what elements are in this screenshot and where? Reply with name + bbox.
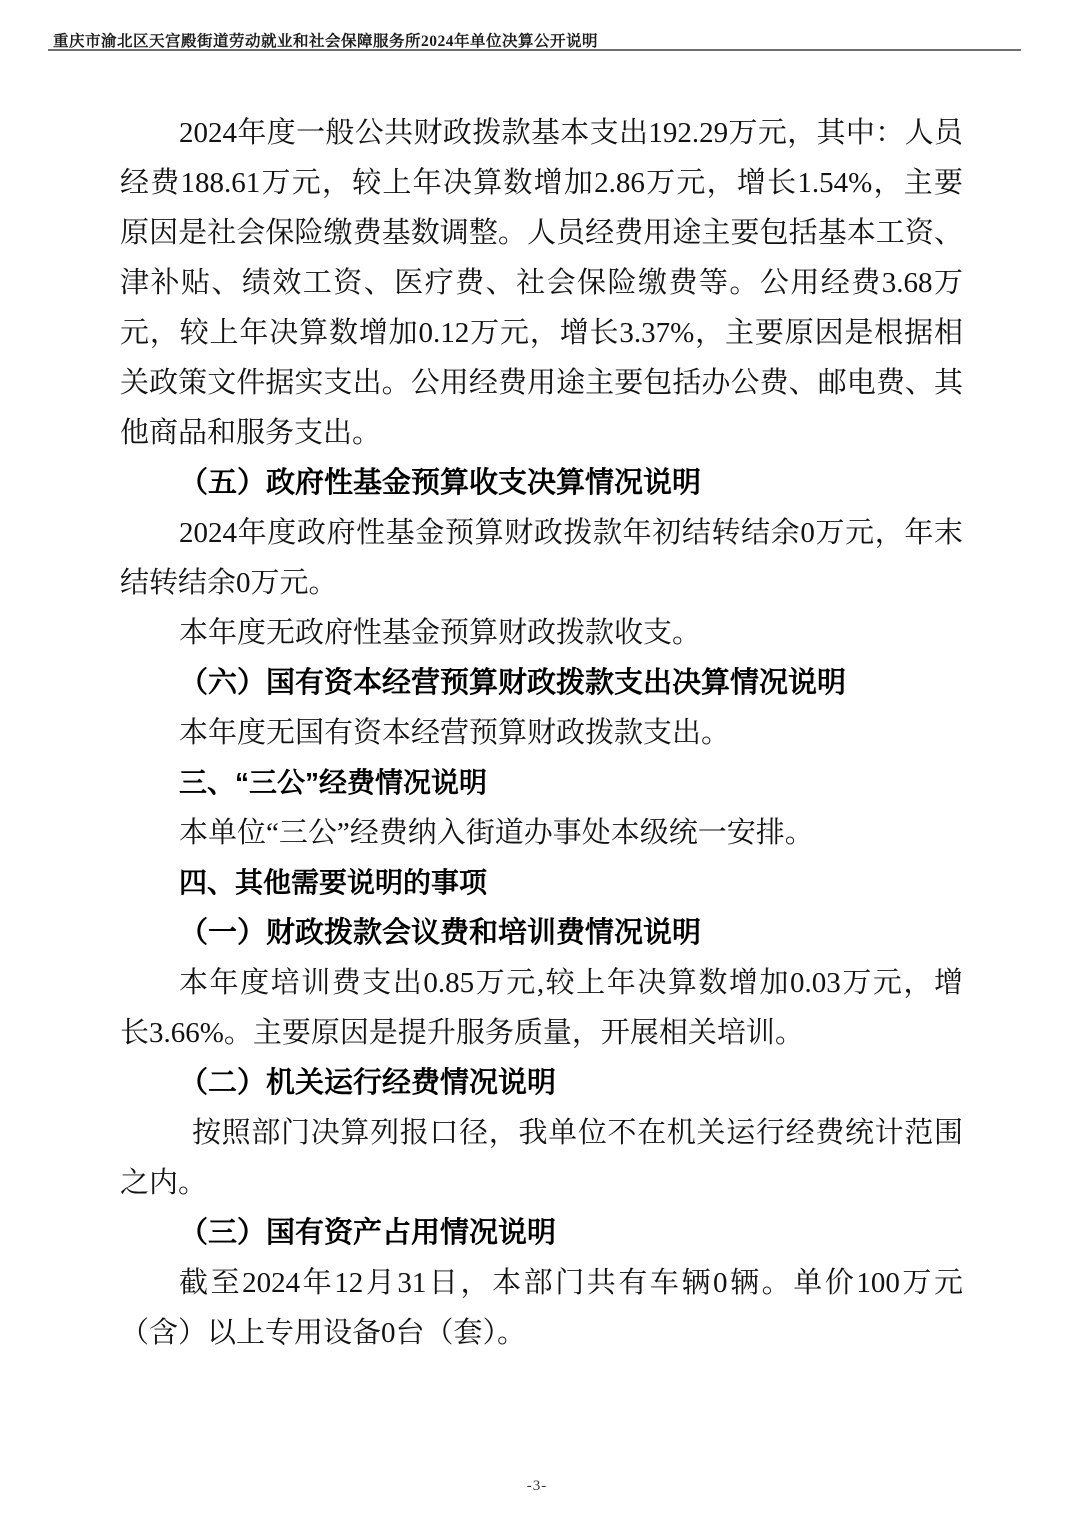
text-line: 长3.66%。主要原因是提升服务质量，开展相关培训。 [120, 1008, 963, 1058]
text-line: 2024年度政府性基金预算财政拨款年初结转结余0万元，年末 [120, 508, 963, 558]
page-number: -3- [0, 1478, 1074, 1495]
text-line: 结转结余0万元。 [120, 558, 963, 608]
text-line: 本单位“三公”经费纳入街道办事处本级统一安排。 [120, 808, 963, 858]
text-line: 本年度无国有资本经营预算财政拨款支出。 [120, 708, 963, 758]
heading-sub-3: （三）国有资产占用情况说明 [120, 1208, 963, 1258]
heading-sub-2: （二）机关运行经费情况说明 [120, 1058, 963, 1108]
page-header-title: 重庆市渝北区天宫殿街道劳动就业和社会保障服务所2024年单位决算公开说明 [53, 29, 598, 51]
heading-section-5: （五）政府性基金预算收支决算情况说明 [120, 458, 963, 508]
text-line: 之内。 [120, 1158, 963, 1208]
header-rule [48, 49, 1021, 51]
text-line: 元，较上年决算数增加0.12万元，增长3.37%，主要原因是根据相 [120, 308, 963, 358]
text-line: 经费188.61万元，较上年决算数增加2.86万元，增长1.54%，主要 [120, 158, 963, 208]
text-line: 关政策文件据实支出。公用经费用途主要包括办公费、邮电费、其 [120, 358, 963, 408]
heading-other-matters: 四、其他需要说明的事项 [120, 858, 963, 908]
text-line: 2024年度一般公共财政拨款基本支出192.29万元，其中：人员 [120, 108, 963, 158]
text-line: 他商品和服务支出。 [120, 408, 963, 458]
text-line: 本年度培训费支出0.85万元,较上年决算数增加0.03万元，增 [120, 958, 963, 1008]
text-line: 按照部门决算列报口径，我单位不在机关运行经费统计范围 [120, 1108, 963, 1158]
text-line: 本年度无政府性基金预算财政拨款收支。 [120, 608, 963, 658]
text-line: 津补贴、绩效工资、医疗费、社会保险缴费等。公用经费3.68万 [120, 258, 963, 308]
text-line: 截至2024年12月31日，本部门共有车辆0辆。单价100万元 [120, 1258, 963, 1308]
document-body: 2024年度一般公共财政拨款基本支出192.29万元，其中：人员 经费188.6… [120, 108, 963, 1358]
text-line: （含）以上专用设备0台（套）。 [120, 1308, 963, 1358]
heading-sub-1: （一）财政拨款会议费和培训费情况说明 [120, 908, 963, 958]
text-line: 原因是社会保险缴费基数调整。人员经费用途主要包括基本工资、 [120, 208, 963, 258]
heading-three-public-funds: 三、“三公”经费情况说明 [120, 758, 963, 808]
document-page: 重庆市渝北区天宫殿街道劳动就业和社会保障服务所2024年单位决算公开说明 202… [0, 0, 1074, 1520]
heading-section-6: （六）国有资本经营预算财政拨款支出决算情况说明 [120, 658, 963, 708]
